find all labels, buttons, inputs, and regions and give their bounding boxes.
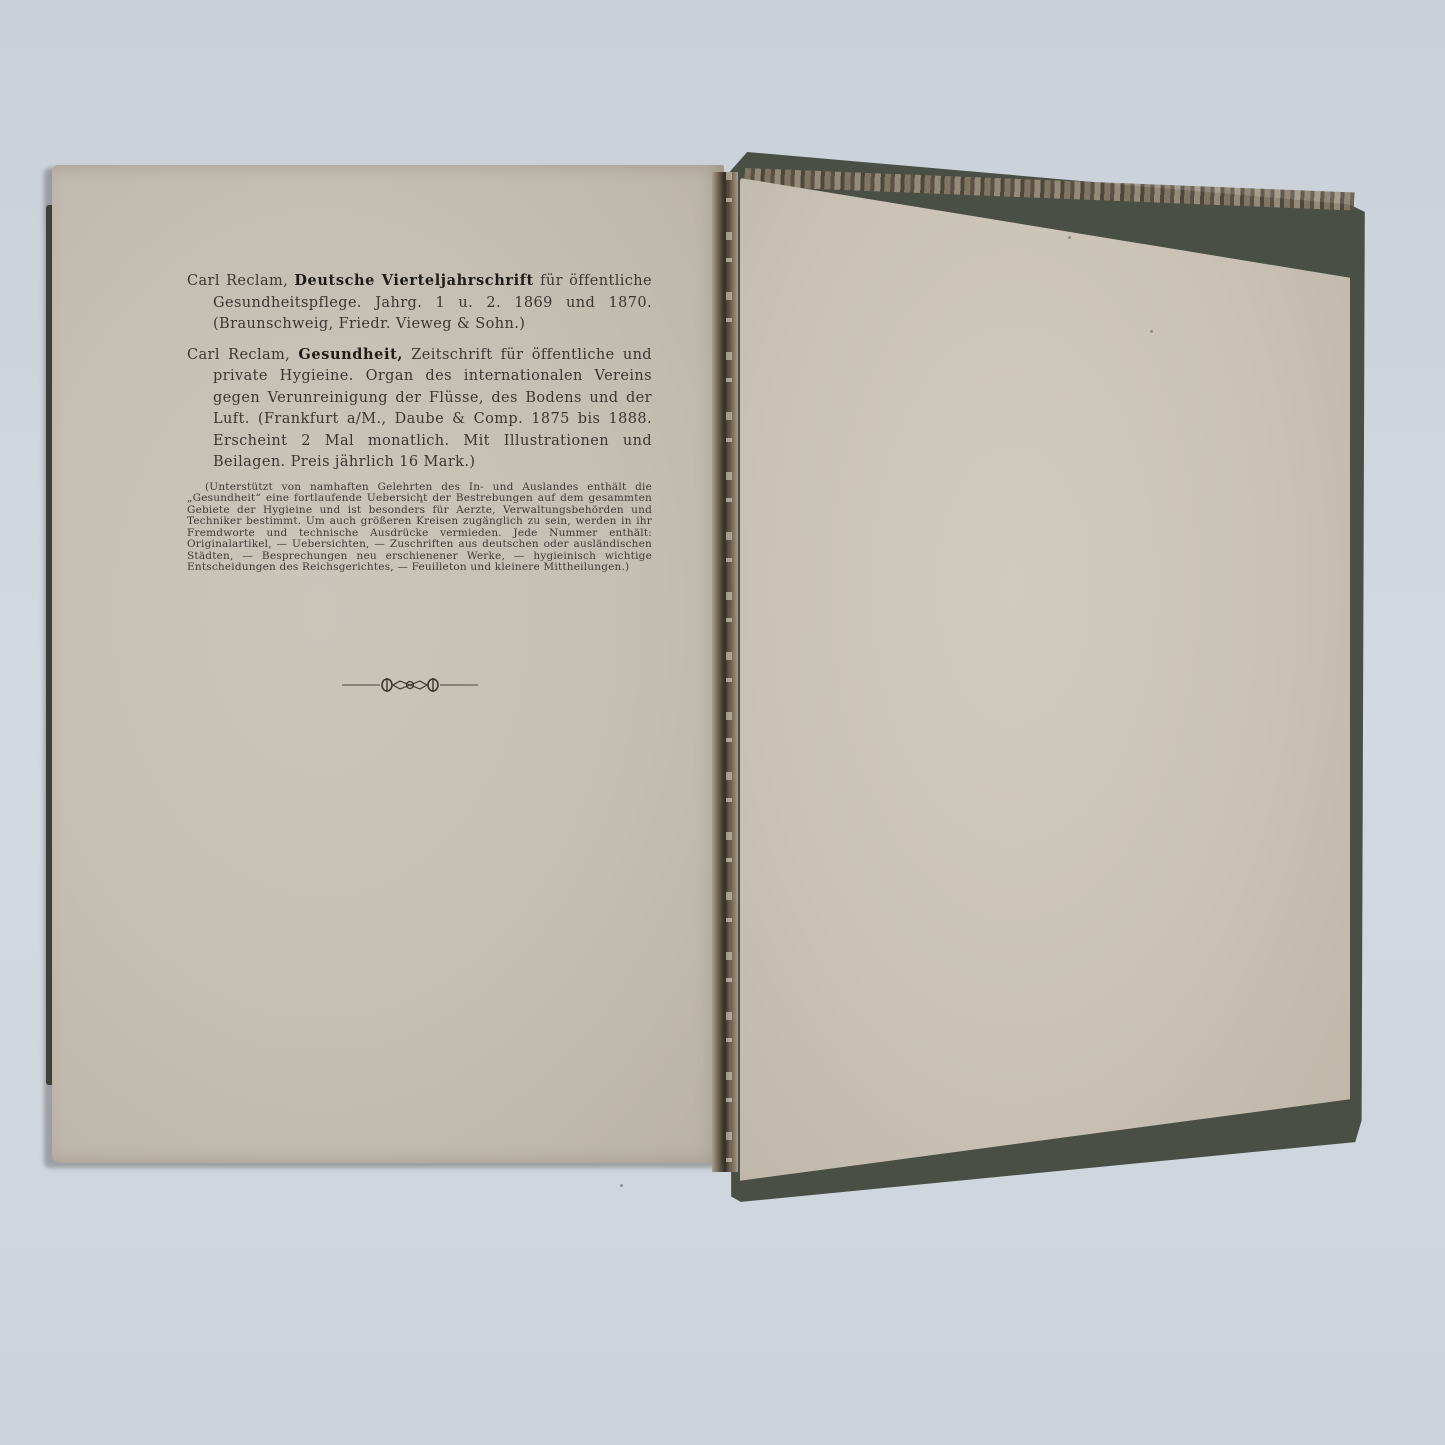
- paper-speck: [1068, 236, 1071, 239]
- paper-speck: [1150, 330, 1153, 333]
- paper-speck: [620, 1184, 623, 1187]
- advert-note: (Unterstützt von namhaften Gelehrten des…: [187, 482, 652, 574]
- torn-hinge-fibers: [726, 172, 732, 1172]
- right-page-blank-endpaper: [740, 178, 1350, 1196]
- advert-entry-2: Carl Reclam, Gesundheit, Zeitschrift für…: [187, 344, 652, 474]
- advertisement-text-block: Carl Reclam, Deutsche Vierteljahrschrift…: [187, 270, 652, 574]
- advert-entry-1: Carl Reclam, Deutsche Vierteljahrschrift…: [187, 270, 652, 336]
- book-spine-gutter: [712, 172, 738, 1172]
- entry-title: Deutsche Vierteljahrschrift: [294, 272, 533, 289]
- entry-author: Carl Reclam,: [187, 347, 290, 363]
- entry-author: Carl Reclam,: [187, 273, 288, 289]
- entry-title: Gesundheit,: [298, 346, 403, 363]
- entry-details: Zeitschrift für öffentliche und private …: [213, 347, 652, 471]
- decorative-rule-ornament-icon: [340, 676, 480, 694]
- paper-speck: [420, 500, 423, 503]
